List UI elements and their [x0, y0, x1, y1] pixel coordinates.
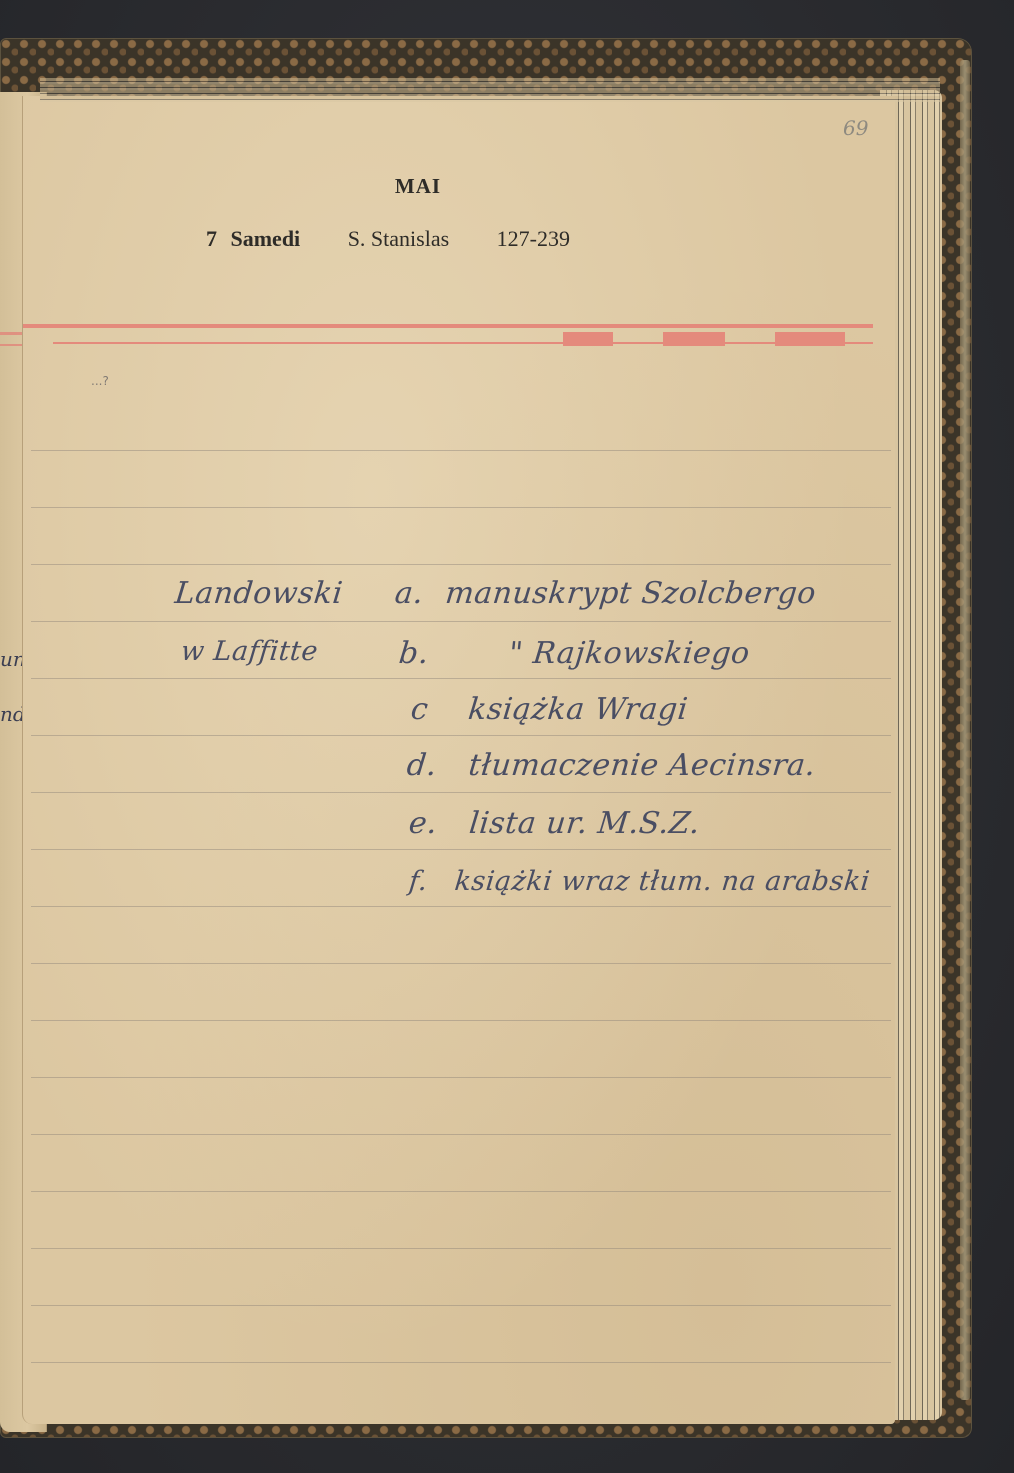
ruled-lines [31, 394, 891, 1404]
entry-b: b. " Rajkowskiego [397, 636, 751, 671]
day-number: 7 [206, 226, 217, 252]
entry-c: c książka Wragi [409, 692, 690, 727]
page-top-edges [40, 78, 940, 102]
entry-letter: f. [407, 866, 429, 897]
red-ornament [775, 332, 845, 346]
weekday: Samedi [231, 226, 301, 252]
red-ornament [663, 332, 725, 346]
entry-text: lista ur. M.S.Z. [468, 806, 702, 841]
entry-a: a. manuskrypt Szolcbergo [393, 576, 818, 611]
entry-text: " Rajkowskiego [507, 636, 752, 671]
entry-f: f. książki wraz tłum. na arabski [407, 866, 871, 897]
page-number: 69 [843, 116, 868, 140]
entry-letter: c [409, 692, 430, 727]
entry-letter: e. [407, 806, 439, 841]
handwritten-name: Landowski [173, 576, 344, 611]
entry-letter: b. [397, 636, 430, 671]
day-count: 127-239 [497, 226, 570, 252]
entry-e: e. lista ur. M.S.Z. [407, 806, 702, 841]
date-line: 7 Samedi S. Stanislas 127-239 [206, 226, 570, 252]
handwritten-place: w Laffitte [179, 636, 319, 667]
entry-letter: d. [405, 748, 438, 783]
red-ornament [563, 332, 613, 346]
saint-name: S. Stanislas [348, 226, 449, 252]
entry-letter: a. [393, 576, 425, 611]
diary-page: 69 MAI 7 Samedi S. Stanislas 127-239 ...… [22, 96, 895, 1424]
entry-text: tłumaczenie Aecinsra. [467, 748, 817, 783]
marginal-mark: ...? [91, 374, 109, 388]
entry-text: manuskrypt Szolcbergo [444, 576, 818, 611]
entry-d: d. tłumaczenie Aecinsra. [405, 748, 817, 783]
cover-edge [960, 60, 970, 1400]
red-rule-bottom [53, 342, 873, 344]
entry-text: książki wraz tłum. na arabski [453, 866, 872, 897]
month-heading: MAI [23, 174, 813, 199]
red-rule-top [23, 324, 873, 328]
entry-text: książka Wragi [467, 692, 690, 727]
